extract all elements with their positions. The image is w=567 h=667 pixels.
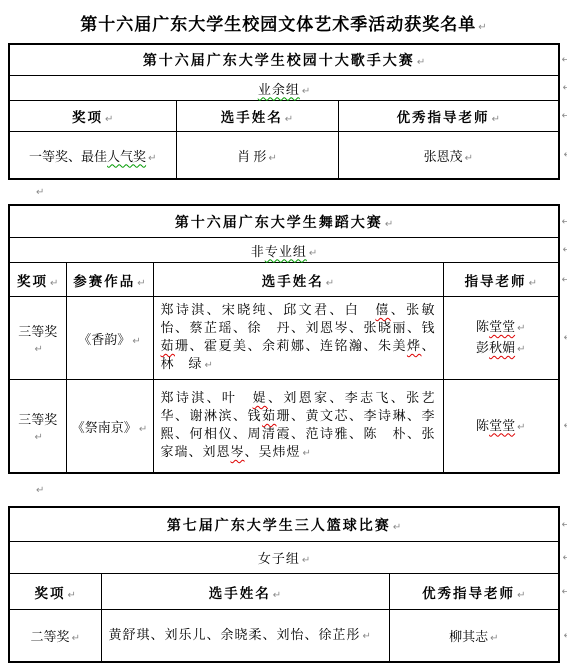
table-title-text: 第七届广东大学生三人篮球比赛 [167,519,391,534]
end-of-row-mark: ↵ [562,111,567,122]
pilcrow-mark: ↵ [148,153,156,164]
pilcrow-mark: ↵ [205,360,213,371]
header-text: 奖项 [17,274,48,289]
table-row: 三等奖↵ 《香韵》↵ 郑诗淇、宋晓纯、邱文君、白 僖、张敏怡、蔡芷瑶、徐 丹、刘… [9,297,559,380]
header-text: 选手姓名 [262,274,324,289]
dance-contest-table: 第十六届广东大学生舞蹈大赛↵ ↵ 非专业组↵ ↵ 奖项↵ 参赛作品↵ 选手姓名↵… [8,204,560,474]
pilcrow-mark: ↵ [139,424,147,435]
table-title-cell: 第十六届广东大学生校园十大歌手大赛↵ ↵ [9,44,559,76]
header-text: 奖项 [35,586,66,601]
header-cell-teacher: 优秀指导老师↵ ↵ [389,574,559,610]
text-segment: 彭 [476,340,489,355]
pilcrow-mark: ↵ [35,344,43,355]
text-segment: 陈 [476,319,489,334]
players-cell: 肖 形↵ [176,132,338,180]
end-of-row-mark: ↵ [563,552,567,563]
players-cell: 郑诗淇、叶 媞、刘恩家、李志飞、张艺华、谢淋滨、钱茹珊、黄文芯、李诗琳、李 熙、… [153,380,443,474]
header-cell-award: 奖项↵ [9,263,66,297]
text-segment: 一等奖、最佳 [29,149,107,164]
text-segment: ↵ [517,323,525,334]
paragraph-gap: ↵ [8,474,559,506]
award-cell: 一等奖、最佳人气奖↵ [9,132,176,180]
pilcrow-mark: ↵ [132,336,140,347]
pilcrow-mark: ↵ [492,114,500,125]
pilcrow-mark: ↵ [490,633,498,644]
end-of-row-mark: ↵ [562,216,567,227]
end-of-row-mark: ↵ [564,329,567,348]
text-segment: 僖 [375,302,390,317]
teacher-text: 柳其志 [449,629,488,644]
pilcrow-mark: ↵ [363,631,371,642]
pilcrow-mark: ↵ [326,278,334,289]
group-text: 女子组 [258,551,300,566]
pilcrow-mark: ↵ [72,633,80,644]
award-cell: 三等奖↵ [9,297,66,380]
header-text: 指导老师 [465,274,527,289]
text-segment: ↵ [517,344,525,355]
text-segment: 岑 [231,444,245,459]
pilcrow-mark: ↵ [478,22,486,33]
table-title-text: 第十六届广东大学生舞蹈大赛 [175,216,383,231]
end-of-row-mark: ↵ [563,83,567,94]
teacher-cell: 柳其志↵ ↵ [389,610,559,663]
header-cell-players: 选手姓名↵ [153,263,443,297]
text-segment: 女子组 [258,551,300,566]
text-segment: 秋媚 [489,340,515,355]
text-segment: ↵ [517,422,525,433]
header-text: 优秀指导老师 [397,110,490,125]
pilcrow-mark: ↵ [517,590,525,601]
table-row: 三等奖↵ 《祭南京》↵ 郑诗淇、叶 媞、刘恩家、李志飞、张艺华、谢淋滨、钱茹珊、… [9,380,559,474]
pilcrow-mark: ↵ [302,86,310,97]
singer-contest-table: 第十六届广东大学生校园十大歌手大赛↵ ↵ 业余组↵ ↵ 奖项↵ 选手姓名↵ 优秀… [8,43,560,180]
text-segment: 人气奖 [107,149,146,164]
header-cell-players: 选手姓名↵ [176,101,338,132]
text-segment: 茹 [161,338,176,353]
group-cell: 女子组↵ ↵ [9,542,559,574]
document-page: 第十六届广东大学生校园文体艺术季活动获奖名单↵ 第十六届广东大学生校园十大歌手大… [0,0,567,667]
players-cell: 郑诗淇、宋晓纯、邱文君、白 僖、张敏怡、蔡芷瑶、徐 丹、刘恩岑、张晓丽、钱茹珊、… [153,297,443,380]
pilcrow-mark: ↵ [309,248,317,259]
basketball-contest-table: 第七届广东大学生三人篮球比赛↵ ↵ 女子组↵ ↵ 奖项↵ 选手姓名↵ 优秀指导老… [8,506,560,663]
pilcrow-mark: ↵ [385,219,393,230]
players-text: 肖 形 [237,149,266,164]
text-segment: 陈 [476,418,489,433]
players-text: 郑诗淇、宋晓纯、邱文君、白 僖、张敏怡、蔡芷瑶、徐 丹、刘恩岑、张晓丽、钱茹珊、… [161,302,436,371]
header-cell-award: 奖项↵ [9,574,101,610]
text-segment: 珊、霍夏美、余莉娜、连铭瀚、朱美 [175,338,407,353]
table-row: 一等奖、最佳人气奖↵ 肖 形↵ 张恩茂↵ ↵ [9,132,559,180]
pilcrow-mark: ↵ [302,555,310,566]
end-of-row-mark: ↵ [562,519,567,530]
paragraph-gap: ↵ [8,180,559,204]
text-segment: 媞 [253,390,268,405]
award-cell: 二等奖↵ [9,610,101,663]
pilcrow-mark: ↵ [137,278,145,289]
pilcrow-mark: ↵ [50,278,58,289]
work-text: 《祭南京》 [72,420,137,435]
teacher-cell: 陈堂堂↵ 彭秋媚↵ ↵ [443,297,559,380]
players-cell: 黄舒琪、刘乐儿、余晓柔、刘怡、徐芷彤↵ [101,610,389,663]
pilcrow-mark: ↵ [268,153,276,164]
pilcrow-mark: ↵ [36,485,44,496]
group-text: 非专业组 [251,244,307,259]
header-text: 优秀指导老师 [422,586,515,601]
table-title-cell: 第十六届广东大学生舞蹈大赛↵ ↵ [9,205,559,238]
table-title-cell: 第七届广东大学生三人篮球比赛↵ ↵ [9,507,559,542]
group-text: 业余组 [258,82,300,97]
text-segment: 烨 [407,338,422,353]
award-cell: 三等奖↵ [9,380,66,474]
page-title-text: 第十六届广东大学生校园文体艺术季活动获奖名单 [80,15,476,34]
work-cell: 《香韵》↵ [66,297,153,380]
group-cell: 非专业组↵ ↵ [9,238,559,263]
work-cell: 《祭南京》↵ [66,380,153,474]
award-text: 一等奖、最佳人气奖 [29,149,146,164]
text-segment: 茹 [262,408,277,423]
header-text: 选手姓名 [209,586,271,601]
pilcrow-mark: ↵ [393,522,401,533]
end-of-row-mark: ↵ [564,417,567,436]
text-segment: 堂堂 [489,319,515,334]
pilcrow-mark: ↵ [465,153,473,164]
header-cell-players: 选手姓名↵ [101,574,389,610]
pilcrow-mark: ↵ [417,57,425,68]
end-of-row-mark: ↵ [564,630,567,641]
table-title-text: 第十六届广东大学生校园十大歌手大赛 [143,54,415,69]
award-text: 二等奖 [31,629,70,644]
pilcrow-mark: ↵ [529,278,537,289]
pilcrow-mark: ↵ [285,114,293,125]
pilcrow-mark: ↵ [35,432,43,443]
header-cell-award: 奖项↵ [9,101,176,132]
header-cell-teacher: 指导老师↵ ↵ [443,263,559,297]
end-of-row-mark: ↵ [562,274,567,285]
teacher-cell: 张恩茂↵ ↵ [338,132,559,180]
pilcrow-mark: ↵ [36,187,44,198]
work-text: 《香韵》 [78,332,130,347]
pilcrow-mark: ↵ [273,590,281,601]
teacher-cell: 陈堂堂↵ ↵ [443,380,559,474]
teacher-text: 陈堂堂↵ 彭秋媚↵ [476,319,525,355]
text-segment: 、吴炜煜 [245,444,301,459]
award-text: 三等奖 [18,412,57,427]
pilcrow-mark: ↵ [68,590,76,601]
text-segment: 专业组 [265,244,307,259]
text-segment: 郑诗淇、宋晓纯、邱文君、白 [161,302,376,317]
header-cell-work: 参赛作品↵ [66,263,153,297]
header-text: 奖项 [72,110,103,125]
end-of-row-mark: ↵ [563,245,567,256]
table-row: 二等奖↵ 黄舒琪、刘乐儿、余晓柔、刘怡、徐芷彤↵ 柳其志↵ ↵ [9,610,559,663]
header-text: 参赛作品 [73,274,135,289]
pilcrow-mark: ↵ [105,114,113,125]
pilcrow-mark: ↵ [303,448,311,459]
header-text: 选手姓名 [221,110,283,125]
text-segment: 非 [251,244,265,259]
text-segment: 堂堂 [489,418,515,433]
group-cell: 业余组↵ ↵ [9,76,559,101]
end-of-row-mark: ↵ [562,586,567,597]
page-title: 第十六届广东大学生校园文体艺术季活动获奖名单↵ [8,10,559,35]
teacher-text: 张恩茂 [424,149,463,164]
header-cell-teacher: 优秀指导老师↵ ↵ [338,101,559,132]
end-of-row-mark: ↵ [562,55,567,66]
players-text: 黄舒琪、刘乐儿、余晓柔、刘怡、徐芷彤 [109,627,361,642]
end-of-row-mark: ↵ [564,150,567,161]
award-text: 三等奖 [18,324,57,339]
teacher-text: 陈堂堂↵ [476,418,525,433]
text-segment: 业余组 [258,82,300,97]
text-segment: 郑诗淇、叶 [161,390,253,405]
